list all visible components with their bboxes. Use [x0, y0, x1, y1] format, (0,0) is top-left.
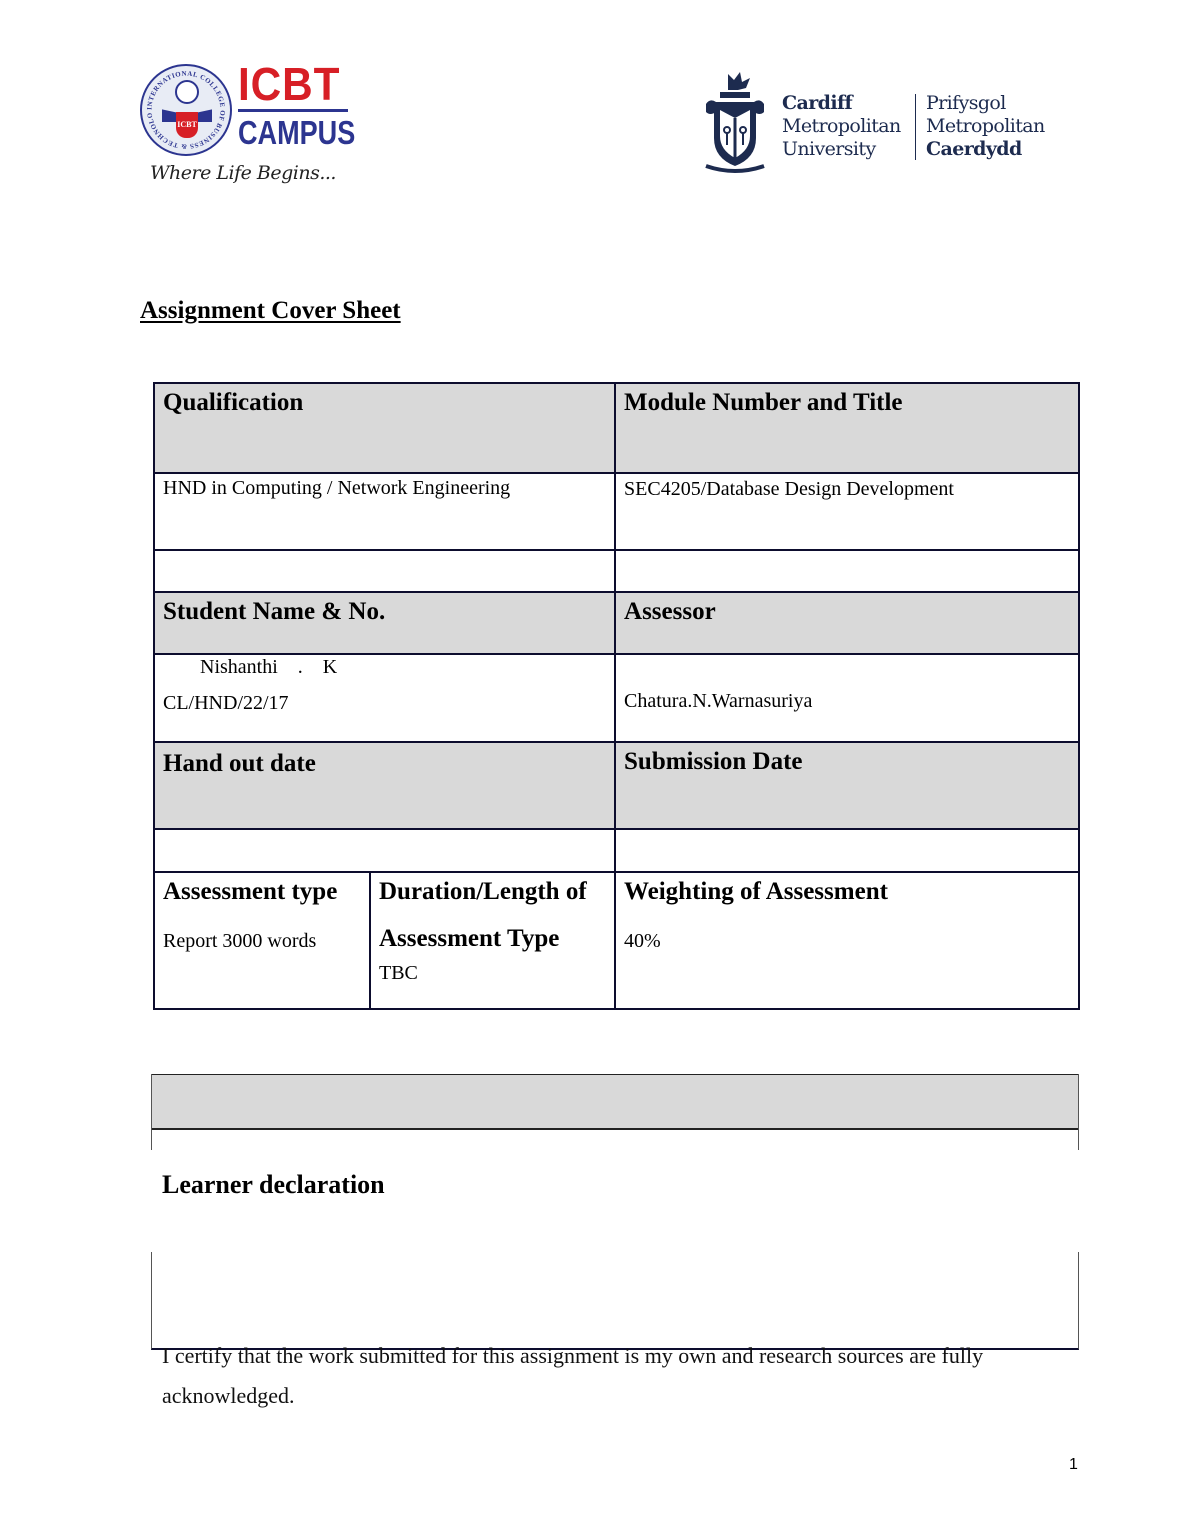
submission-label: Submission Date — [624, 745, 1070, 779]
qualification-label: Qualification — [163, 386, 606, 420]
duration-value: TBC — [379, 960, 606, 986]
campus-wordmark: CAMPUS — [238, 115, 355, 151]
module-value: SEC4205/Database Design Development — [624, 476, 1070, 502]
cardiff-met-logo: Cardiff Metropolitan University Prifysgo… — [698, 66, 1058, 178]
page-number: 1 — [1069, 1456, 1078, 1474]
assignment-cover-table: Qualification Module Number and Title HN… — [153, 382, 1080, 1010]
icbt-tagline: Where Life Begins... — [150, 162, 336, 184]
handout-header-cell: Hand out date — [154, 742, 615, 829]
assessment-type-cell: Assessment type Report 3000 words — [154, 872, 370, 1009]
duration-cell: Duration/Length of Assessment Type TBC — [370, 872, 615, 1009]
weighting-label: Weighting of Assessment — [624, 875, 1070, 909]
declaration-table-header — [151, 1074, 1079, 1150]
submission-value-cell — [615, 829, 1079, 872]
qualification-value-cell: HND in Computing / Network Engineering — [154, 473, 615, 550]
assessor-value-cell: Chatura.N.Warnasuriya — [615, 654, 1079, 742]
icbt-wordmark: ICBT — [238, 62, 340, 106]
cardiff-welsh-name: Prifysgol Metropolitan Caerdydd — [926, 92, 1045, 161]
assessor-header-cell: Assessor — [615, 592, 1079, 654]
learner-declaration-heading: Learner declaration — [162, 1170, 385, 1200]
module-label: Module Number and Title — [624, 386, 1070, 420]
duration-label: Duration/Length of Assessment Type — [379, 868, 606, 962]
assessor-value: Chatura.N.Warnasuriya — [624, 688, 1070, 714]
student-name: Nishanthi . K — [163, 655, 606, 679]
handout-value-cell — [154, 829, 615, 872]
university-crest-icon — [700, 70, 770, 174]
globe-icon — [175, 80, 199, 104]
submission-header-cell: Submission Date — [615, 742, 1079, 829]
weighting-cell: Weighting of Assessment 40% — [615, 872, 1079, 1009]
module-value-cell: SEC4205/Database Design Development — [615, 473, 1079, 550]
spacer-cell — [615, 550, 1079, 592]
icbt-shield-badge: ICBT — [176, 112, 198, 138]
wordmark-divider — [238, 109, 348, 112]
logo-separator — [915, 94, 916, 160]
qualification-header-cell: Qualification — [154, 383, 615, 473]
declaration-header-shade — [152, 1074, 1078, 1130]
student-number: CL/HND/22/17 — [163, 690, 606, 716]
learner-declaration-text: I certify that the work submitted for th… — [162, 1336, 1062, 1416]
module-header-cell: Module Number and Title — [615, 383, 1079, 473]
qualification-value: HND in Computing / Network Engineering — [163, 475, 606, 501]
cardiff-english-name: Cardiff Metropolitan University — [782, 92, 901, 161]
student-value-cell: Nishanthi . K CL/HND/22/17 — [154, 654, 615, 742]
assessment-type-label: Assessment type — [163, 875, 361, 909]
student-header-cell: Student Name & No. — [154, 592, 615, 654]
weighting-value: 40% — [624, 928, 1070, 954]
icbt-campus-logo: INTERNATIONAL COLLEGE OF BUSINESS & TECH… — [138, 62, 358, 194]
handout-label: Hand out date — [163, 747, 606, 781]
page-title: Assignment Cover Sheet — [140, 297, 401, 325]
assessor-label: Assessor — [624, 595, 1070, 629]
spacer-cell — [154, 550, 615, 592]
assessment-type-value: Report 3000 words — [163, 928, 361, 954]
icbt-seal-icon: INTERNATIONAL COLLEGE OF BUSINESS & TECH… — [140, 64, 232, 156]
student-label: Student Name & No. — [163, 595, 606, 629]
